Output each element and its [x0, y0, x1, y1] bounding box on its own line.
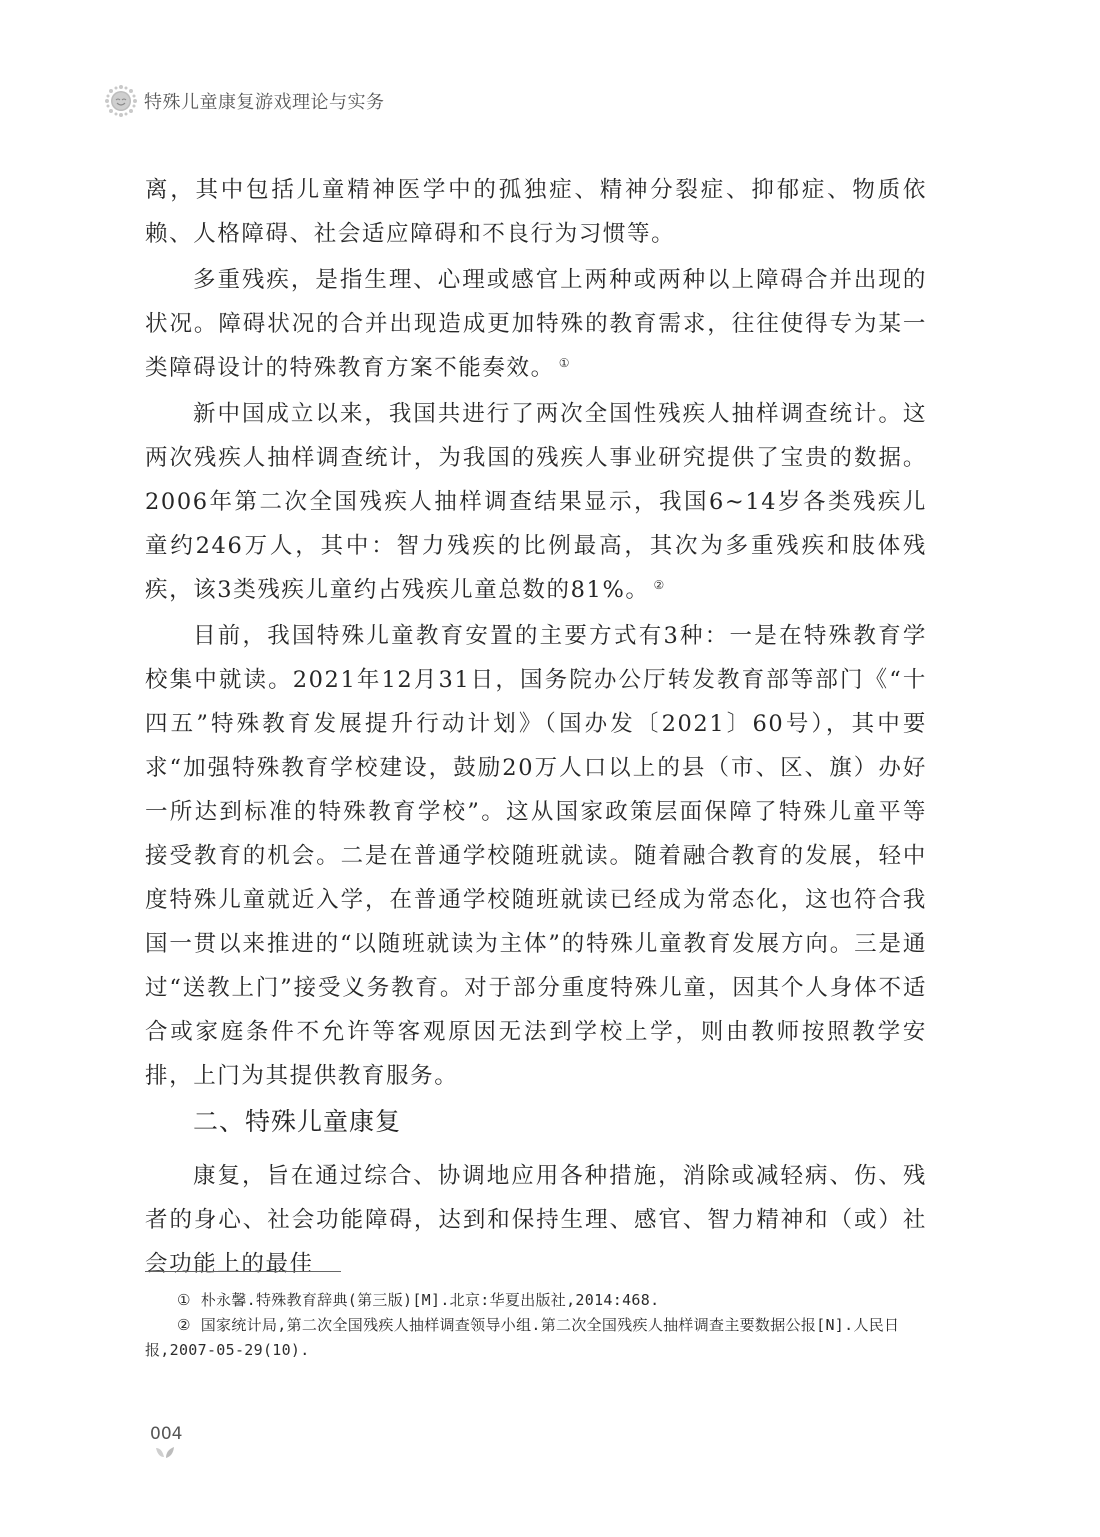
running-title: 特殊儿童康复游戏理论与实务 — [144, 88, 385, 114]
footnote-item: ②国家统计局,第二次全国残疾人抽样调查领导小组.第二次全国残疾人抽样调查主要数据… — [145, 1313, 927, 1363]
page-number: 004 — [150, 1424, 182, 1444]
footnote-ref[interactable]: ① — [559, 356, 571, 370]
paragraph-text: 多重残疾，是指生理、心理或感官上两种或两种以上障碍合并出现的状况。障碍状况的合并… — [145, 267, 927, 381]
paragraph-text: 离，其中包括儿童精神医学中的孤独症、精神分裂症、抑郁症、物质依赖、人格障碍、社会… — [145, 177, 927, 247]
smiling-sun-icon — [104, 84, 138, 118]
footnote-mark: ② — [177, 1316, 191, 1334]
footnote-ref[interactable]: ② — [654, 578, 666, 592]
paragraph: 离，其中包括儿童精神医学中的孤独症、精神分裂症、抑郁症、物质依赖、人格障碍、社会… — [145, 168, 927, 256]
body-text: 离，其中包括儿童精神医学中的孤独症、精神分裂症、抑郁症、物质依赖、人格障碍、社会… — [145, 168, 927, 1100]
paragraph: 康复，旨在通过综合、协调地应用各种措施，消除或减轻病、伤、残者的身心、社会功能障… — [145, 1154, 927, 1286]
running-head: 特殊儿童康复游戏理论与实务 — [104, 84, 385, 118]
footnote-text: 朴永馨.特殊教育辞典(第三版)[M].北京:华夏出版社,2014:468. — [201, 1291, 660, 1309]
paragraph-text: 新中国成立以来，我国共进行了两次全国性残疾人抽样调查统计。这两次残疾人抽样调查统… — [145, 401, 927, 603]
section-body-text: 康复，旨在通过综合、协调地应用各种措施，消除或减轻病、伤、残者的身心、社会功能障… — [145, 1154, 927, 1288]
paragraph-text: 目前，我国特殊儿童教育安置的主要方式有3种：一是在特殊教育学校集中就读。2021… — [145, 623, 927, 1089]
leaf-icon — [154, 1445, 176, 1459]
footnote-item: ①朴永馨.特殊教育辞典(第三版)[M].北京:华夏出版社,2014:468. — [145, 1288, 927, 1313]
footnote-text: 国家统计局,第二次全国残疾人抽样调查领导小组.第二次全国残疾人抽样调查主要数据公… — [145, 1316, 899, 1359]
paragraph: 多重残疾，是指生理、心理或感官上两种或两种以上障碍合并出现的状况。障碍状况的合并… — [145, 258, 927, 390]
paragraph-text: 康复，旨在通过综合、协调地应用各种措施，消除或减轻病、伤、残者的身心、社会功能障… — [145, 1163, 927, 1277]
section-heading: 二、特殊儿童康复 — [193, 1102, 401, 1138]
paragraph: 新中国成立以来，我国共进行了两次全国性残疾人抽样调查统计。这两次残疾人抽样调查统… — [145, 392, 927, 612]
footnotes: ①朴永馨.特殊教育辞典(第三版)[M].北京:华夏出版社,2014:468. ②… — [145, 1288, 927, 1363]
footnote-mark: ① — [177, 1291, 191, 1309]
paragraph: 目前，我国特殊儿童教育安置的主要方式有3种：一是在特殊教育学校集中就读。2021… — [145, 614, 927, 1098]
footnote-divider — [145, 1271, 341, 1272]
